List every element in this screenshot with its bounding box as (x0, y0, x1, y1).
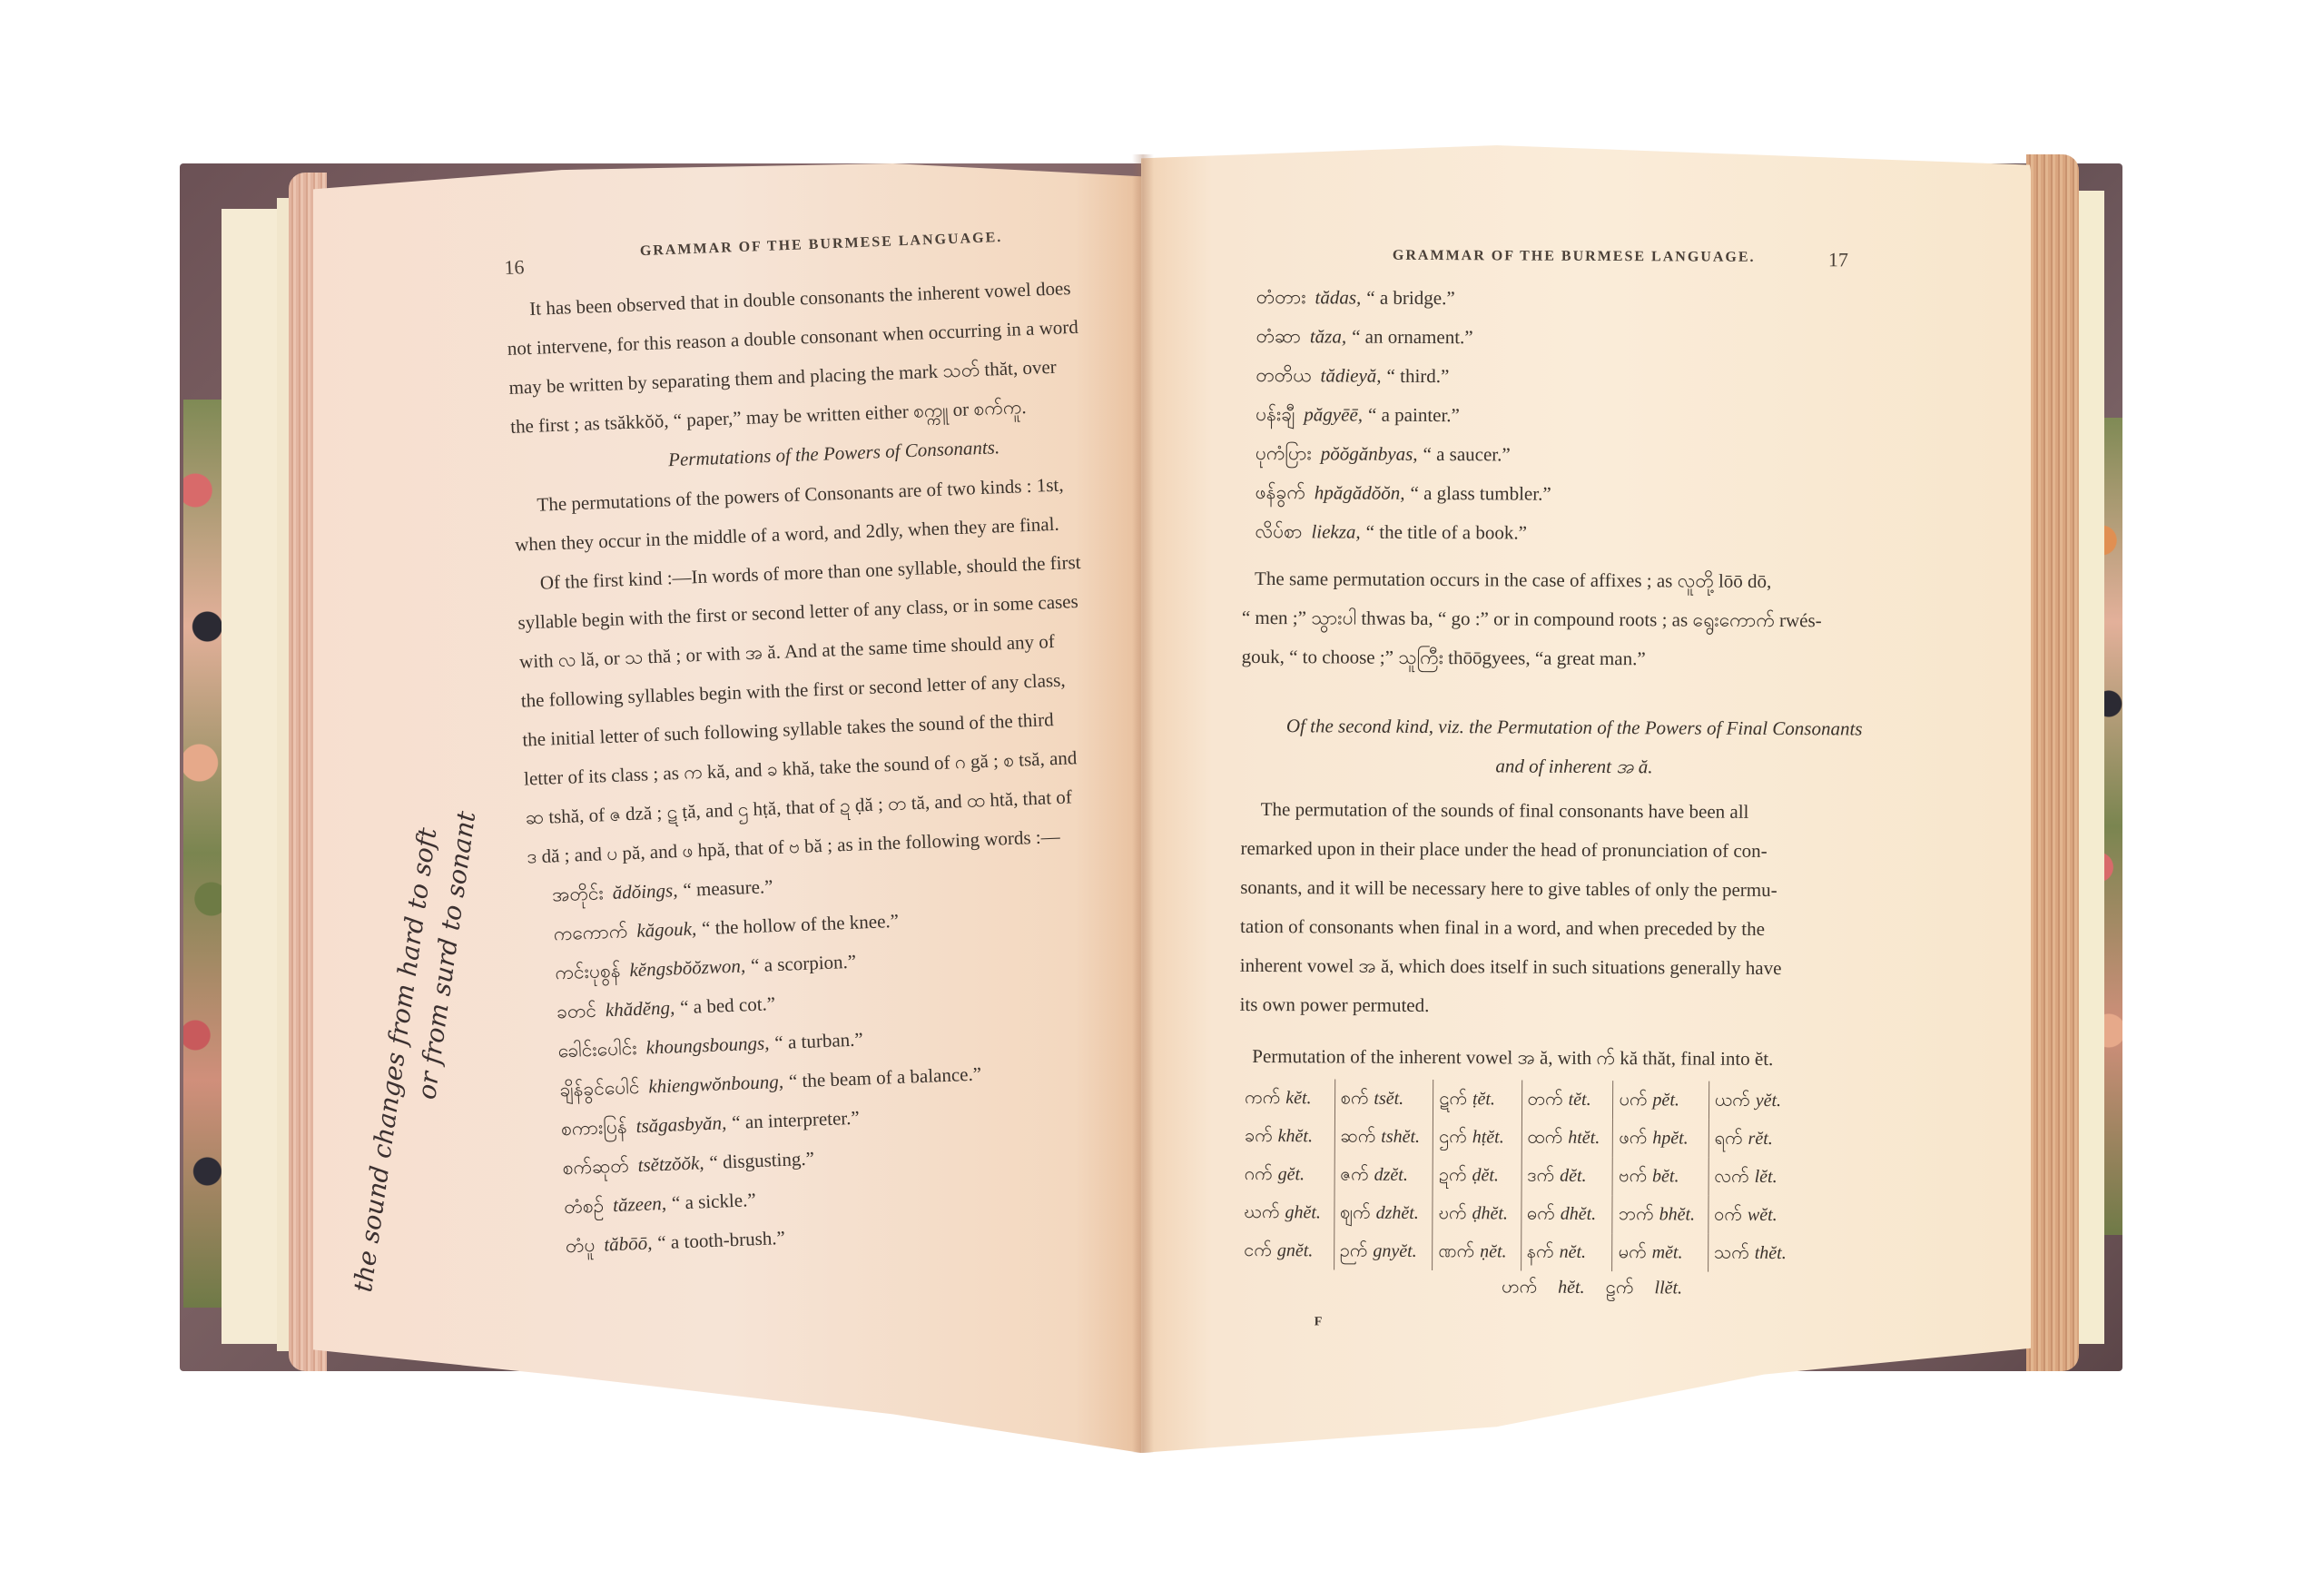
text-line: sonants, and it will be necessary here t… (1240, 868, 1903, 911)
table-row: ဃက်ghĕt.ဈက်dzhĕt.ဎက်ḍhĕt.ဓက်dhĕt.ဘက်bhĕt… (1238, 1193, 1799, 1234)
vocab-item: တံဆာtăza,“ an ornament.” (1256, 317, 1551, 358)
left-vocab-list: အတိုင်းădŏings,“ measure.” ကကောက်kăgouk,… (551, 860, 988, 1267)
vocab-item: ဖန်ခွက်hpăgădŏŏn,“ a glass tumbler.” (1255, 473, 1551, 514)
permutation-table-grid: ကက်kĕt.စက်tsĕt.ဋက်ṭĕt.တက်tĕt.ပက်pĕt.ယက်y… (1238, 1079, 1800, 1272)
table-cell: ဘက်bhĕt. (1612, 1195, 1708, 1234)
text-line: “ men ;” သွားပါ thwas ba, “ go :” or in … (1242, 598, 1899, 641)
vocab-item: လိပ်စာliekza,“ the title of a book.” (1255, 512, 1551, 553)
text-line: tation of consonants when final in a wor… (1240, 907, 1903, 950)
table-cell: ဠက် llĕt. (1606, 1278, 1683, 1298)
table-cell: ဍက်ḍĕt. (1433, 1156, 1521, 1195)
table-row: ကက်kĕt.စက်tsĕt.ဋက်ṭĕt.တက်tĕt.ပက်pĕt.ယက်y… (1239, 1079, 1800, 1120)
table-cell: နက်nĕt. (1521, 1233, 1612, 1272)
vocab-item: တံတားtădas,“ a bridge.” (1256, 278, 1552, 319)
marbled-endpaper-left (183, 400, 223, 1308)
table-cell: ဖက်hpĕt. (1613, 1119, 1709, 1158)
table-cell: ဓက်dhĕt. (1521, 1195, 1612, 1234)
table-cell: ထက်htĕt. (1521, 1119, 1613, 1158)
page-edges-right (2026, 154, 2079, 1371)
table-caption: Permutation of the inherent vowel အ ă, w… (1252, 1037, 1773, 1079)
vocab-item: တတိယtădieyă,“ third.” (1256, 356, 1551, 397)
table-row: ဂက်gĕt.ဇက်dzĕt.ဍက်ḍĕt.ဒက်dĕt.ဗက်bĕt.လက်l… (1239, 1155, 1800, 1196)
table-cell: ဆက်tshĕt. (1334, 1117, 1433, 1156)
left-paragraph-1: It has been observed that in double cons… (505, 266, 1155, 447)
table-cell: ဎက်ḍhĕt. (1433, 1194, 1521, 1233)
table-cell: ဏက်ṇĕt. (1433, 1232, 1521, 1271)
right-paragraph-1: The same permutation occurs in the case … (1255, 559, 1900, 680)
text-line: and of inherent အ ă. (1243, 746, 1905, 788)
table-cell: ပက်pĕt. (1613, 1081, 1709, 1120)
table-cell: လက်lĕt. (1709, 1158, 1800, 1197)
table-cell: ဌက်hṭĕt. (1433, 1118, 1521, 1157)
right-vocab-list: တံတားtădas,“ a bridge.” တံဆာtăza,“ an or… (1255, 278, 1552, 553)
table-cell: ဗက်bĕt. (1612, 1157, 1708, 1196)
page-number-left: 16 (504, 255, 525, 280)
table-cell: ဂက်gĕt. (1239, 1155, 1334, 1194)
flyleaf-left (222, 209, 285, 1344)
text-line: its own power permuted. (1240, 985, 1903, 1028)
right-paragraph-2: The permutation of the sounds of final c… (1240, 790, 1904, 1028)
permutation-extra-row: ဟက် hĕt. ဠက် llĕt. (1238, 1273, 1799, 1303)
table-cell: ကက်kĕt. (1239, 1079, 1334, 1118)
table-cell: ဋက်ṭĕt. (1433, 1080, 1521, 1119)
page-number-right: 17 (1828, 248, 1848, 272)
text-line: Of the second kind, viz. the Permutation… (1243, 706, 1905, 749)
text-line: The same permutation occurs in the case … (1255, 559, 1899, 602)
table-cell: ခက်khĕt. (1239, 1117, 1334, 1156)
text-line: The permutation of the sounds of final c… (1241, 790, 1904, 833)
left-paragraph-3: Of the first kind :—In words of more tha… (516, 539, 1172, 876)
running-head-right: GRAMMAR OF THE BURMESE LANGUAGE. (1393, 248, 1756, 266)
table-cell: ဃက်ghĕt. (1238, 1193, 1334, 1232)
table-cell: ယက်yĕt. (1709, 1081, 1800, 1121)
text-line: inherent vowel အ ă, which does itself in… (1240, 946, 1903, 989)
table-cell: တက်tĕt. (1521, 1081, 1613, 1120)
table-cell: ရက်rĕt. (1709, 1120, 1800, 1159)
table-cell: သက်thĕt. (1708, 1234, 1799, 1273)
text-line: remarked upon in their place under the h… (1240, 829, 1903, 872)
table-row: ငက်gnĕt.ဉက်gnyĕt.ဏက်ṇĕt.နက်nĕt.မက်mĕt.သက… (1238, 1231, 1799, 1272)
table-cell: ဉက်gnyĕt. (1334, 1231, 1433, 1270)
text-line: gouk, “ to choose ;” သူကြီး thōōgyees, “… (1242, 637, 1899, 680)
table-cell: ငက်gnĕt. (1238, 1231, 1334, 1270)
table-cell: စက်tsĕt. (1334, 1079, 1433, 1118)
permutation-table: ကက်kĕt.စက်tsĕt.ဋက်ṭĕt.တက်tĕt.ပက်pĕt.ယက်y… (1238, 1079, 1800, 1303)
table-cell: မက်mĕt. (1612, 1233, 1708, 1272)
table-row: ခက်khĕt.ဆက်tshĕt.ဌက်hṭĕt.ထက်htĕt.ဖက်hpĕt… (1239, 1117, 1800, 1158)
vocab-item: ပုကံပြားpŏŏgănbyas,“ a saucer.” (1256, 434, 1551, 475)
table-cell: ဟက် hĕt. (1502, 1277, 1585, 1297)
table-cell: ဇက်dzĕt. (1334, 1155, 1433, 1194)
flyleaf-right (2079, 191, 2104, 1344)
table-cell: ဒက်dĕt. (1521, 1157, 1613, 1196)
vocab-item: ပန်းချီpăgyēē,“ a painter.” (1256, 395, 1551, 436)
table-cell: ဝက်wĕt. (1708, 1196, 1799, 1235)
table-cell: ဈက်dzhĕt. (1334, 1193, 1433, 1232)
signature-mark: F (1315, 1315, 1323, 1329)
section-heading-second-kind: Of the second kind, viz. the Permutation… (1243, 706, 1905, 788)
